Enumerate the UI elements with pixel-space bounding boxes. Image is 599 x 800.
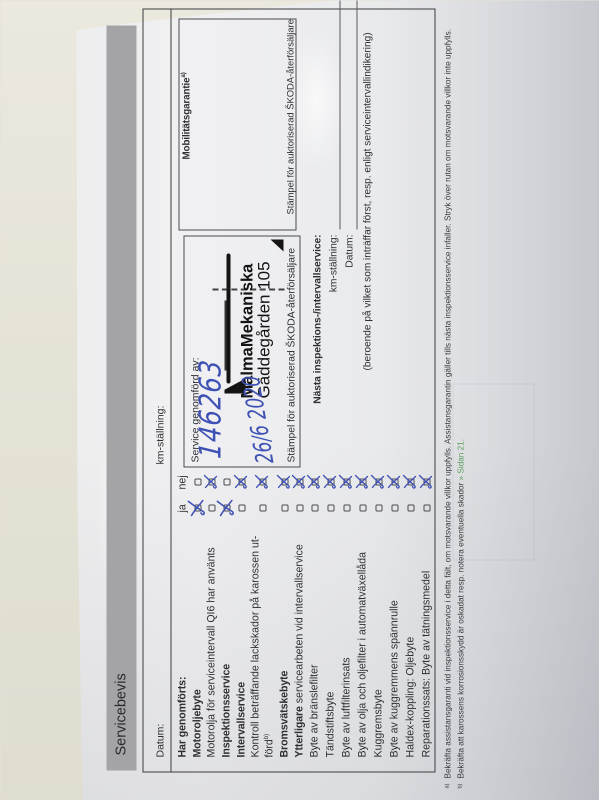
mobility-guarantee-box: Mobilitätsgarantiea) Stämpel för auktori…: [178, 18, 296, 230]
row-label: Motoroljebyte: [191, 689, 203, 757]
row-label: Byte av bränslefilter: [308, 664, 320, 757]
mobility-guarantee-label: Mobilitätsgarantiea): [181, 72, 193, 159]
checkbox-nej: [296, 479, 303, 486]
checklist-row: Reparationssats: Byte av tätningsmedel: [419, 570, 433, 757]
checklist-row: Intervallservice: [234, 681, 248, 757]
handwritten-cross-icon: [253, 474, 269, 490]
footnote-ref: b): [263, 733, 269, 738]
row-label: Reparationssats: Byte av tätningsmedel: [420, 570, 432, 757]
checkbox-nej: [194, 479, 201, 486]
checkbox-ja: [407, 505, 414, 512]
handwritten-cross-icon: [275, 474, 291, 490]
footnote-text: Bekräfta att karossens korrosionsskydd ä…: [456, 480, 465, 778]
checkbox-ja: [296, 505, 303, 512]
checklist-row: Ytterligare servicearbeten vid intervall…: [292, 544, 306, 757]
checkbox-nej: [238, 479, 245, 486]
checkbox-ja: [259, 505, 266, 512]
stamp-caption: Stämpel för auktoriserad ŠKODA-återförsä…: [286, 247, 298, 462]
next-service-title: Nästa inspektions-/intervallservice:: [311, 234, 325, 403]
checklist-row: Kuggremsbyte: [371, 689, 385, 757]
checkbox-nej: [343, 479, 350, 486]
checkbox-ja: [391, 505, 398, 512]
handwritten-cross-icon: [290, 474, 306, 490]
checkbox-ja: [208, 505, 215, 512]
checkbox-ja: [281, 505, 288, 512]
row-label: Byte av kuggremmens spännrulle: [388, 600, 400, 757]
checklist-row: Bromsvätskebyte: [277, 670, 291, 757]
row-label: Kontroll beträffande lackskador på karos…: [249, 535, 261, 757]
next-service-date-label: Datum:: [343, 234, 357, 267]
checkbox-nej: [223, 479, 230, 486]
checkbox-ja: [327, 505, 334, 512]
handwritten-cross-icon: [185, 497, 207, 519]
date-label: Datum:: [153, 723, 167, 757]
checkbox-nej: [259, 479, 266, 486]
checkbox-ja: [238, 505, 245, 512]
page-title: Servicebevis: [112, 673, 130, 755]
row-label: Byte av olja och oljefilter i automatväx…: [356, 551, 368, 757]
checkbox-nej: [311, 479, 318, 486]
checklist-row: Haldex-koppling: Oljebyte: [403, 636, 417, 757]
next-service-km-field: [339, 0, 340, 229]
service-booklet-page: Servicebevis Datum: km-ställning: Har ge…: [0, 0, 599, 800]
checkbox-nej: [281, 479, 288, 486]
checklist-row: Tändstiftsbyte: [323, 691, 337, 757]
handwritten-cross-icon: [214, 497, 236, 519]
checklist-row: Byte av olja och oljefilter i automatväx…: [355, 551, 369, 757]
row-label: Bromsvätskebyte: [278, 670, 290, 757]
checklist-row: Kontroll beträffande lackskador på karos…: [249, 535, 276, 757]
checklist-heading-row: Har genomförts: ja nej: [175, 676, 189, 757]
stamp-corner-mark: [270, 239, 283, 251]
footnote-a: a)Bekräfta assistansgaranti vid inspekti…: [442, 29, 453, 789]
handwritten-cross-icon: [401, 474, 417, 490]
handwritten-cross-icon: [369, 474, 385, 490]
row-label: servicearbeten vid intervallservice: [293, 544, 305, 706]
checklist-row: Motorolja för serviceintervall QI6 har a…: [204, 547, 218, 757]
row-label: Inspektionsservice: [220, 663, 232, 757]
checkbox-nej: [391, 479, 398, 486]
handwritten-cross-icon: [337, 474, 353, 490]
next-service-note: (beroende på vilket som inträffar först,…: [361, 32, 375, 370]
footnote-marker: a): [442, 778, 453, 788]
handwritten-cross-icon: [202, 474, 218, 490]
km-label: km-ställning:: [153, 405, 167, 464]
footnote-text: Bekräfta assistansgaranti vid inspektion…: [443, 29, 452, 779]
footnote-ref: a): [181, 72, 187, 77]
page-reference-link: » Sidan 21.: [456, 438, 465, 479]
header-separator: [170, 8, 171, 772]
row-label: Kuggremsbyte: [372, 689, 384, 757]
checkbox-ja: [311, 505, 318, 512]
checklist-row: Byte av bränslefilter: [307, 664, 321, 757]
checkbox-nej: [359, 479, 366, 486]
redaction-scribble: [224, 300, 226, 370]
checkbox-ja: [194, 505, 201, 512]
checkbox-ja: [359, 505, 366, 512]
header-band: [106, 25, 136, 770]
checkbox-ja: [423, 505, 430, 512]
next-service-date-field: [356, 0, 357, 229]
handwritten-cross-icon: [232, 474, 248, 490]
checkbox-nej: [208, 479, 215, 486]
handwritten-number: 146263: [196, 358, 226, 459]
checklist-row: Motoroljebyte: [190, 689, 204, 757]
row-label: Haldex-koppling: Oljebyte: [404, 636, 416, 757]
checkbox-ja: [375, 505, 382, 512]
row-label: Tändstiftsbyte: [324, 691, 336, 757]
no-column-label: nej: [175, 475, 189, 489]
footnote-b: b)Bekräfta att karossens korrosionsskydd…: [455, 438, 466, 788]
checkbox-nej: [327, 479, 334, 486]
handwritten-cross-icon: [385, 474, 401, 490]
checkbox-nej: [407, 479, 414, 486]
footnote-marker: b): [455, 778, 466, 788]
checklist-heading: Har genomförts:: [176, 676, 188, 757]
checkbox-nej: [423, 479, 430, 486]
service-performed-box: Service genomförd av: 146263 MalmaMekani…: [183, 235, 300, 467]
stamp-caption: Stämpel för auktoriserad ŠKODA-återförsä…: [284, 19, 296, 214]
handwritten-cross-icon: [321, 474, 337, 490]
handwritten-cross-icon: [417, 474, 433, 490]
row-label-continued: förd: [263, 739, 275, 757]
row-label: Motorolja för serviceintervall QI6 har a…: [205, 547, 217, 757]
row-label: Byte av luftfilterinsats: [340, 657, 352, 757]
checkbox-ja: [223, 505, 230, 512]
checklist-row: Byte av luftfilterinsats: [339, 657, 353, 757]
row-label-emphasis: Ytterligare: [293, 706, 305, 757]
row-label: Intervallservice: [235, 681, 247, 757]
redacted-stamp-line: [226, 253, 230, 383]
checklist-row: Byte av kuggremmens spännrulle: [387, 600, 401, 757]
next-service-km-label: km-ställning:: [327, 234, 341, 292]
checklist-row: Inspektionsservice: [219, 663, 233, 757]
handwritten-cross-icon: [305, 474, 321, 490]
checkbox-ja: [343, 505, 350, 512]
handwritten-cross-icon: [353, 474, 369, 490]
mobility-guarantee-title: Mobilitätsgarantie: [181, 77, 192, 159]
checkbox-nej: [375, 479, 382, 486]
